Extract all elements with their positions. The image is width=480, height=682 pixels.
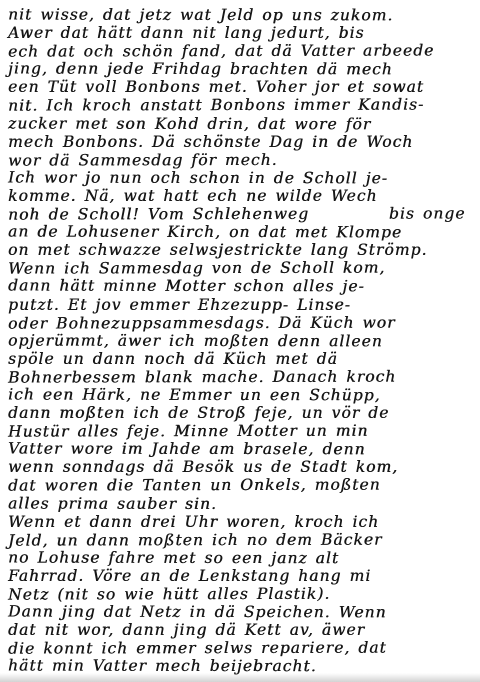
text-line: Ich wor jo nun och schon in de Scholl je… [8, 168, 478, 187]
text-line: putzt. Et jov emmer Ehzezupp- Linse- [8, 296, 478, 314]
text-line: nit wisse, dat jetz wat Jeld op uns zuko… [8, 6, 478, 25]
text-line: alles prima sauber sin. [8, 494, 478, 513]
text-line: ich een Härk, ne Emmer un een Schüpp, [8, 385, 478, 404]
text-line: dat nit wor, dann jing dä Kett av, äwer [8, 621, 478, 639]
text-line: dat woren die Tanten un Onkels, moßten [8, 476, 478, 495]
text-line: dann moßten ich de Stroß feje, un vör de [8, 404, 478, 422]
text-line: Fahrrad. Vöre an de Lenkstang hang mi [8, 567, 478, 585]
text-line: Awer dat hätt dann nit lang jedurt, bis [8, 24, 478, 42]
text-line: opjerümmt, äwer ich moßten denn alleen [8, 331, 478, 350]
text-line: Netz (nit so wie hütt alles Plastik). [8, 584, 478, 603]
text-line: Bohnerbessem blank mache. Danach kroch [8, 367, 478, 386]
text-line: no Lohuse fahre met so een janz alt [8, 548, 478, 567]
text-line: noh de Scholl! Vom Schlehenweg bis onge [8, 204, 478, 223]
text-line: een Tüt voll Bonbons met. Voher jor et s… [8, 78, 478, 96]
text-line: mech Bonbons. Dä schönste Dag in de Woch [8, 133, 478, 151]
scan-edge-shadow [0, 673, 480, 682]
text-line: zucker met son Kohd drin, dat wore för [8, 114, 478, 133]
text-line: Wenn ich Sammesdag von de Scholl kom, [8, 259, 478, 278]
text-line: ech dat och schön fand, dat dä Vatter ar… [8, 42, 478, 61]
text-line: Dann jing dat Netz in dä Speichen. Wenn [8, 603, 478, 622]
text-line: die konnt ich emmer selws repariere, dat [8, 639, 478, 658]
text-line: dann hätt minne Motter schon alles je- [8, 277, 478, 296]
text-line: wenn sonndags dä Besök us de Stadt kom, [8, 458, 478, 476]
text-line: Wenn et dann drei Uhr woren, kroch ich [8, 513, 478, 531]
text-body: nit wisse, dat jetz wat Jeld op uns zuko… [8, 6, 478, 675]
handwritten-page: nit wisse, dat jetz wat Jeld op uns zuko… [0, 0, 480, 682]
text-line: oder Bohnezuppsammesdags. Dä Küch wor [8, 313, 478, 332]
text-line: Vatter wore im Jahde am brasele, denn [8, 440, 478, 459]
text-line: an de Lohusener Kirch, on dat met Klompe [8, 223, 478, 242]
text-line: nit. Ich kroch anstatt Bonbons immer Kan… [8, 96, 478, 115]
text-line: komme. Nä, wat hatt ech ne wilde Wech [8, 187, 478, 205]
text-line: jing, denn jede Frihdag brachten dä mech [8, 60, 478, 79]
text-line: Hustür alles feje. Minne Motter un min [8, 422, 478, 441]
text-line: on met schwazze selwsjestrickte lang Str… [8, 241, 478, 259]
text-line: spöle un dann noch dä Küch met dä [8, 350, 478, 368]
text-line: Jeld, un dann moßten ich no dem Bäcker [8, 530, 478, 549]
text-line: wor dä Sammesdag för mech. [8, 150, 478, 169]
